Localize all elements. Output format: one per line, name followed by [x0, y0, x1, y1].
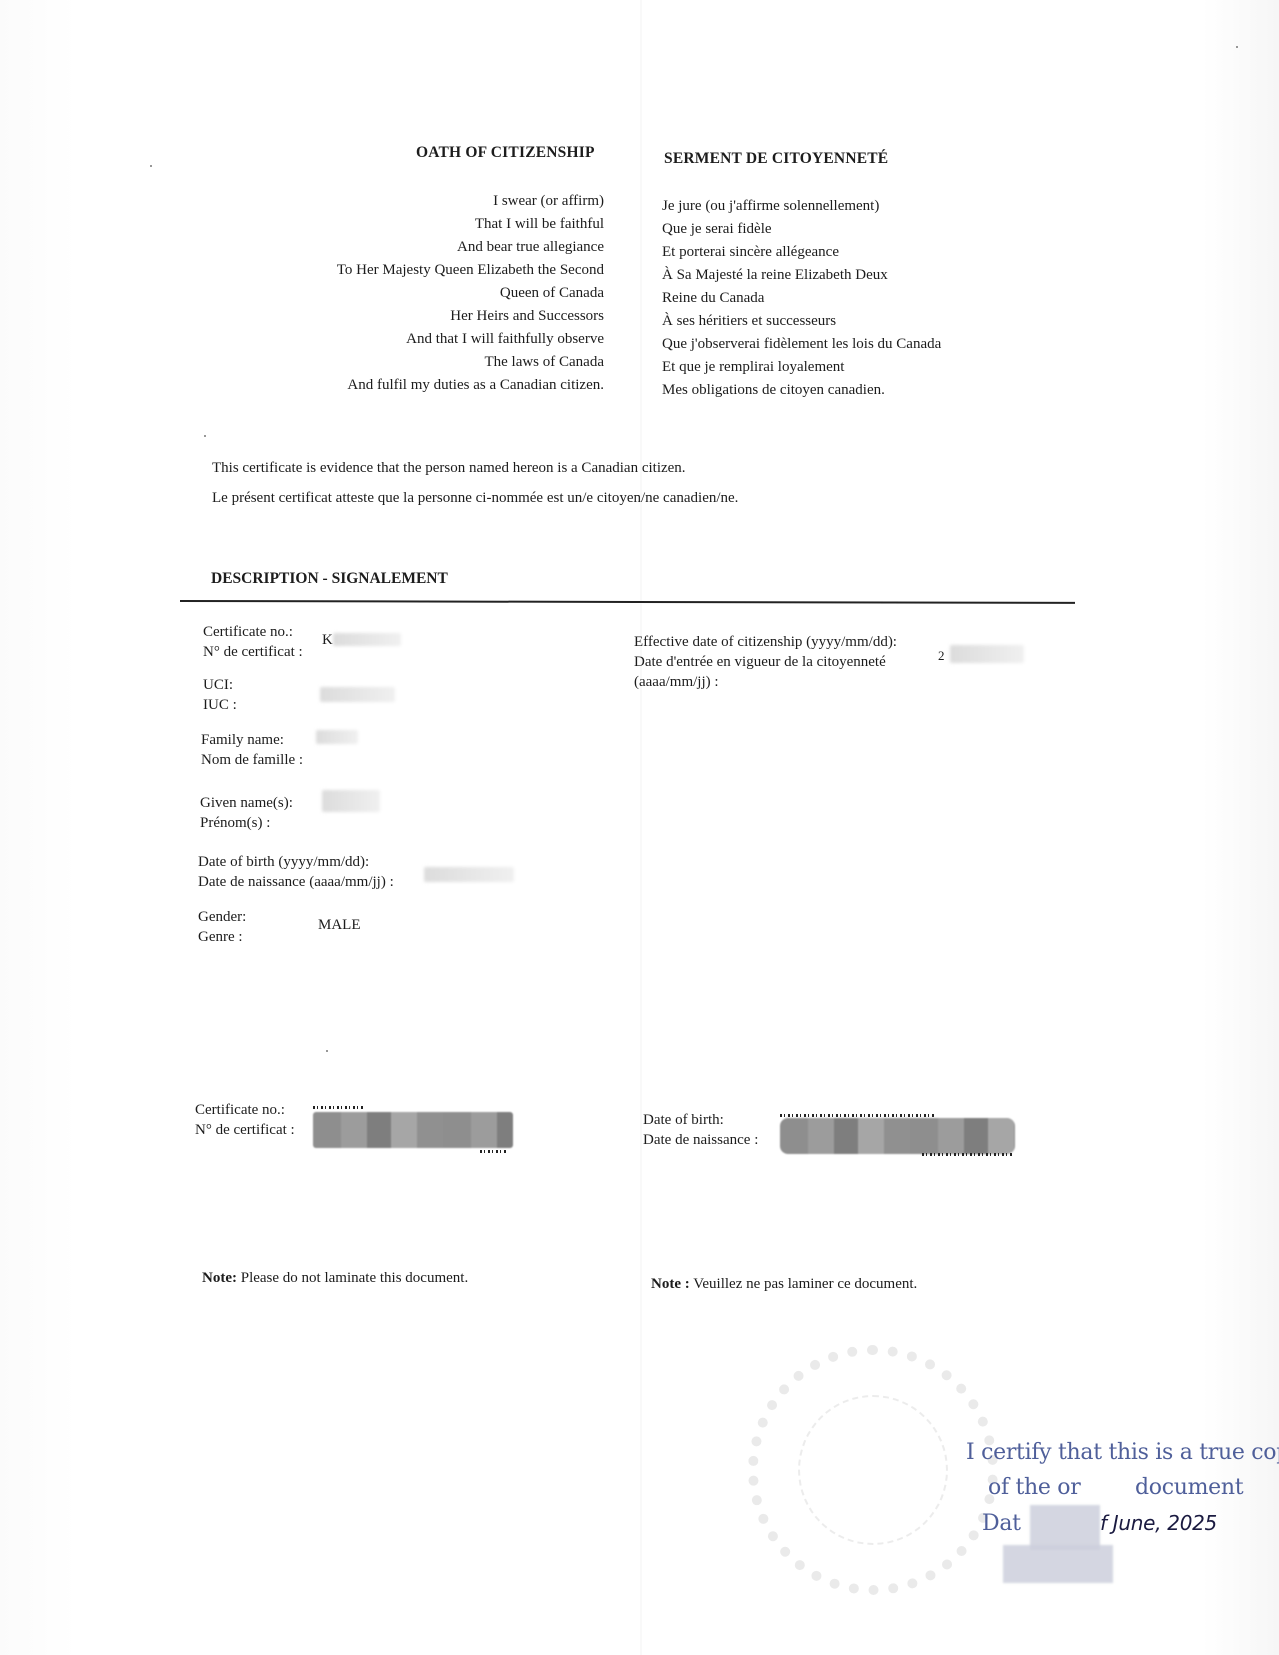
oath-text-en: I swear (or affirm) That I will be faith… [250, 190, 604, 397]
redaction-block [313, 1112, 513, 1148]
oath-title-fr: SERMENT DE CITOYENNETÉ [664, 150, 888, 168]
label-en: Effective date of citizenship (yyyy/mm/d… [634, 632, 897, 652]
handwritten-year: 25 [1192, 1511, 1217, 1535]
certify-line-3a: Dat [982, 1511, 1021, 1536]
stub-certificate-no-label: Certificate no.: N° de certificat : [195, 1100, 295, 1140]
gender-value: MALE [318, 917, 361, 934]
oath-line-en: And bear true allegiance [250, 236, 604, 259]
stub-date-of-birth-label: Date of birth: Date de naissance : [643, 1110, 758, 1150]
oath-line-en: Queen of Canada [250, 282, 604, 305]
scan-speck [326, 1050, 328, 1052]
oath-line-fr: Mes obligations de citoyen canadien. [662, 379, 1042, 402]
barcode-fragment [922, 1153, 1014, 1156]
label-fr: Nom de famille : [201, 750, 303, 770]
barcode-fragment [780, 1114, 935, 1117]
label-fr: IUC : [203, 695, 237, 715]
oath-line-en: That I will be faithful [250, 213, 604, 236]
note-fr: Note : Veuillez ne pas laminer ce docume… [651, 1276, 917, 1293]
certify-line-2a: of the or [988, 1475, 1080, 1500]
certificate-no-label: Certificate no.: N° de certificat : [203, 622, 303, 662]
scan-speck [1236, 46, 1238, 48]
label-fr: Genre : [198, 927, 246, 947]
note-label: Note : [651, 1276, 690, 1292]
barcode-fragment [313, 1106, 363, 1109]
certify-line-2b: document [1135, 1475, 1243, 1500]
label-en: Family name: [201, 730, 303, 750]
certificate-no-value: K [322, 632, 333, 649]
oath-line-fr: Je jure (ou j'affirme solennellement) [662, 195, 1042, 218]
oath-line-en: Her Heirs and Successors [250, 305, 604, 328]
oath-line-en: I swear (or affirm) [250, 190, 604, 213]
redaction-block [333, 633, 401, 646]
uci-label: UCI: IUC : [203, 675, 237, 715]
label-fr-format: (aaaa/mm/jj) : [634, 672, 897, 692]
label-fr: Date d'entrée en vigueur de la citoyenne… [634, 652, 897, 672]
oath-line-fr: Que j'observerai fidèlement les lois du … [662, 333, 1042, 356]
section-title: DESCRIPTION - SIGNALEMENT [211, 570, 448, 588]
barcode-fragment [480, 1150, 506, 1153]
certify-line-1: I certify that this is a true copy [966, 1440, 1279, 1465]
gender-label: Gender: Genre : [198, 907, 246, 947]
redaction-block [322, 790, 380, 812]
label-en: Certificate no.: [195, 1100, 295, 1120]
oath-line-fr: À ses héritiers et successeurs [662, 310, 1042, 333]
redaction-block [320, 687, 395, 702]
seal-inner-ring [798, 1395, 948, 1545]
evidence-statement-en: This certificate is evidence that the pe… [212, 460, 686, 477]
date-of-birth-label: Date of birth (yyyy/mm/dd): Date de nais… [198, 852, 394, 892]
label-fr: Prénom(s) : [200, 813, 293, 833]
certify-date: f June, 2025 [1100, 1511, 1217, 1536]
label-en: Given name(s): [200, 793, 293, 813]
effective-date-value: 2 [938, 648, 945, 664]
label-en: Date of birth: [643, 1110, 758, 1130]
label-en: Date of birth (yyyy/mm/dd): [198, 852, 394, 872]
oath-line-fr: Que je serai fidèle [662, 218, 1042, 241]
redaction-block [1030, 1505, 1100, 1550]
label-en: Gender: [198, 907, 246, 927]
label-en: Certificate no.: [203, 622, 303, 642]
given-names-label: Given name(s): Prénom(s) : [200, 793, 293, 833]
oath-line-en: And fulfil my duties as a Canadian citiz… [250, 374, 604, 397]
oath-line-fr: Et que je remplirai loyalement [662, 356, 1042, 379]
label-fr: Date de naissance : [643, 1130, 758, 1150]
embossed-seal [748, 1345, 998, 1595]
note-en: Note: Please do not laminate this docume… [202, 1270, 468, 1287]
oath-title-en: OATH OF CITIZENSHIP [416, 144, 595, 162]
oath-line-en: To Her Majesty Queen Elizabeth the Secon… [250, 259, 604, 282]
redaction-block [1003, 1545, 1113, 1583]
label-en: UCI: [203, 675, 237, 695]
oath-line-en: And that I will faithfully observe [250, 328, 604, 351]
scan-speck [150, 165, 152, 167]
scan-speck [204, 435, 206, 437]
label-fr: N° de certificat : [195, 1120, 295, 1140]
redaction-block [316, 730, 358, 744]
scan-fold-line [640, 0, 642, 1655]
label-fr: N° de certificat : [203, 642, 303, 662]
handwritten-date: f June, 20 [1100, 1511, 1192, 1535]
effective-date-label: Effective date of citizenship (yyyy/mm/d… [634, 632, 897, 692]
redaction-block [424, 867, 514, 882]
label-fr: Date de naissance (aaaa/mm/jj) : [198, 872, 394, 892]
oath-line-fr: Reine du Canada [662, 287, 1042, 310]
note-text: Veuillez ne pas laminer ce document. [690, 1276, 918, 1292]
oath-line-fr: À Sa Majesté la reine Elizabeth Deux [662, 264, 1042, 287]
redaction-block [950, 645, 1024, 663]
note-label: Note: [202, 1270, 237, 1286]
oath-text-fr: Je jure (ou j'affirme solennellement) Qu… [662, 195, 1042, 402]
note-text: Please do not laminate this document. [237, 1270, 468, 1286]
oath-line-fr: Et porterai sincère allégeance [662, 241, 1042, 264]
family-name-label: Family name: Nom de famille : [201, 730, 303, 770]
evidence-statement-fr: Le présent certificat atteste que la per… [212, 490, 738, 507]
oath-line-en: The laws of Canada [250, 351, 604, 374]
redaction-block [780, 1118, 1015, 1154]
